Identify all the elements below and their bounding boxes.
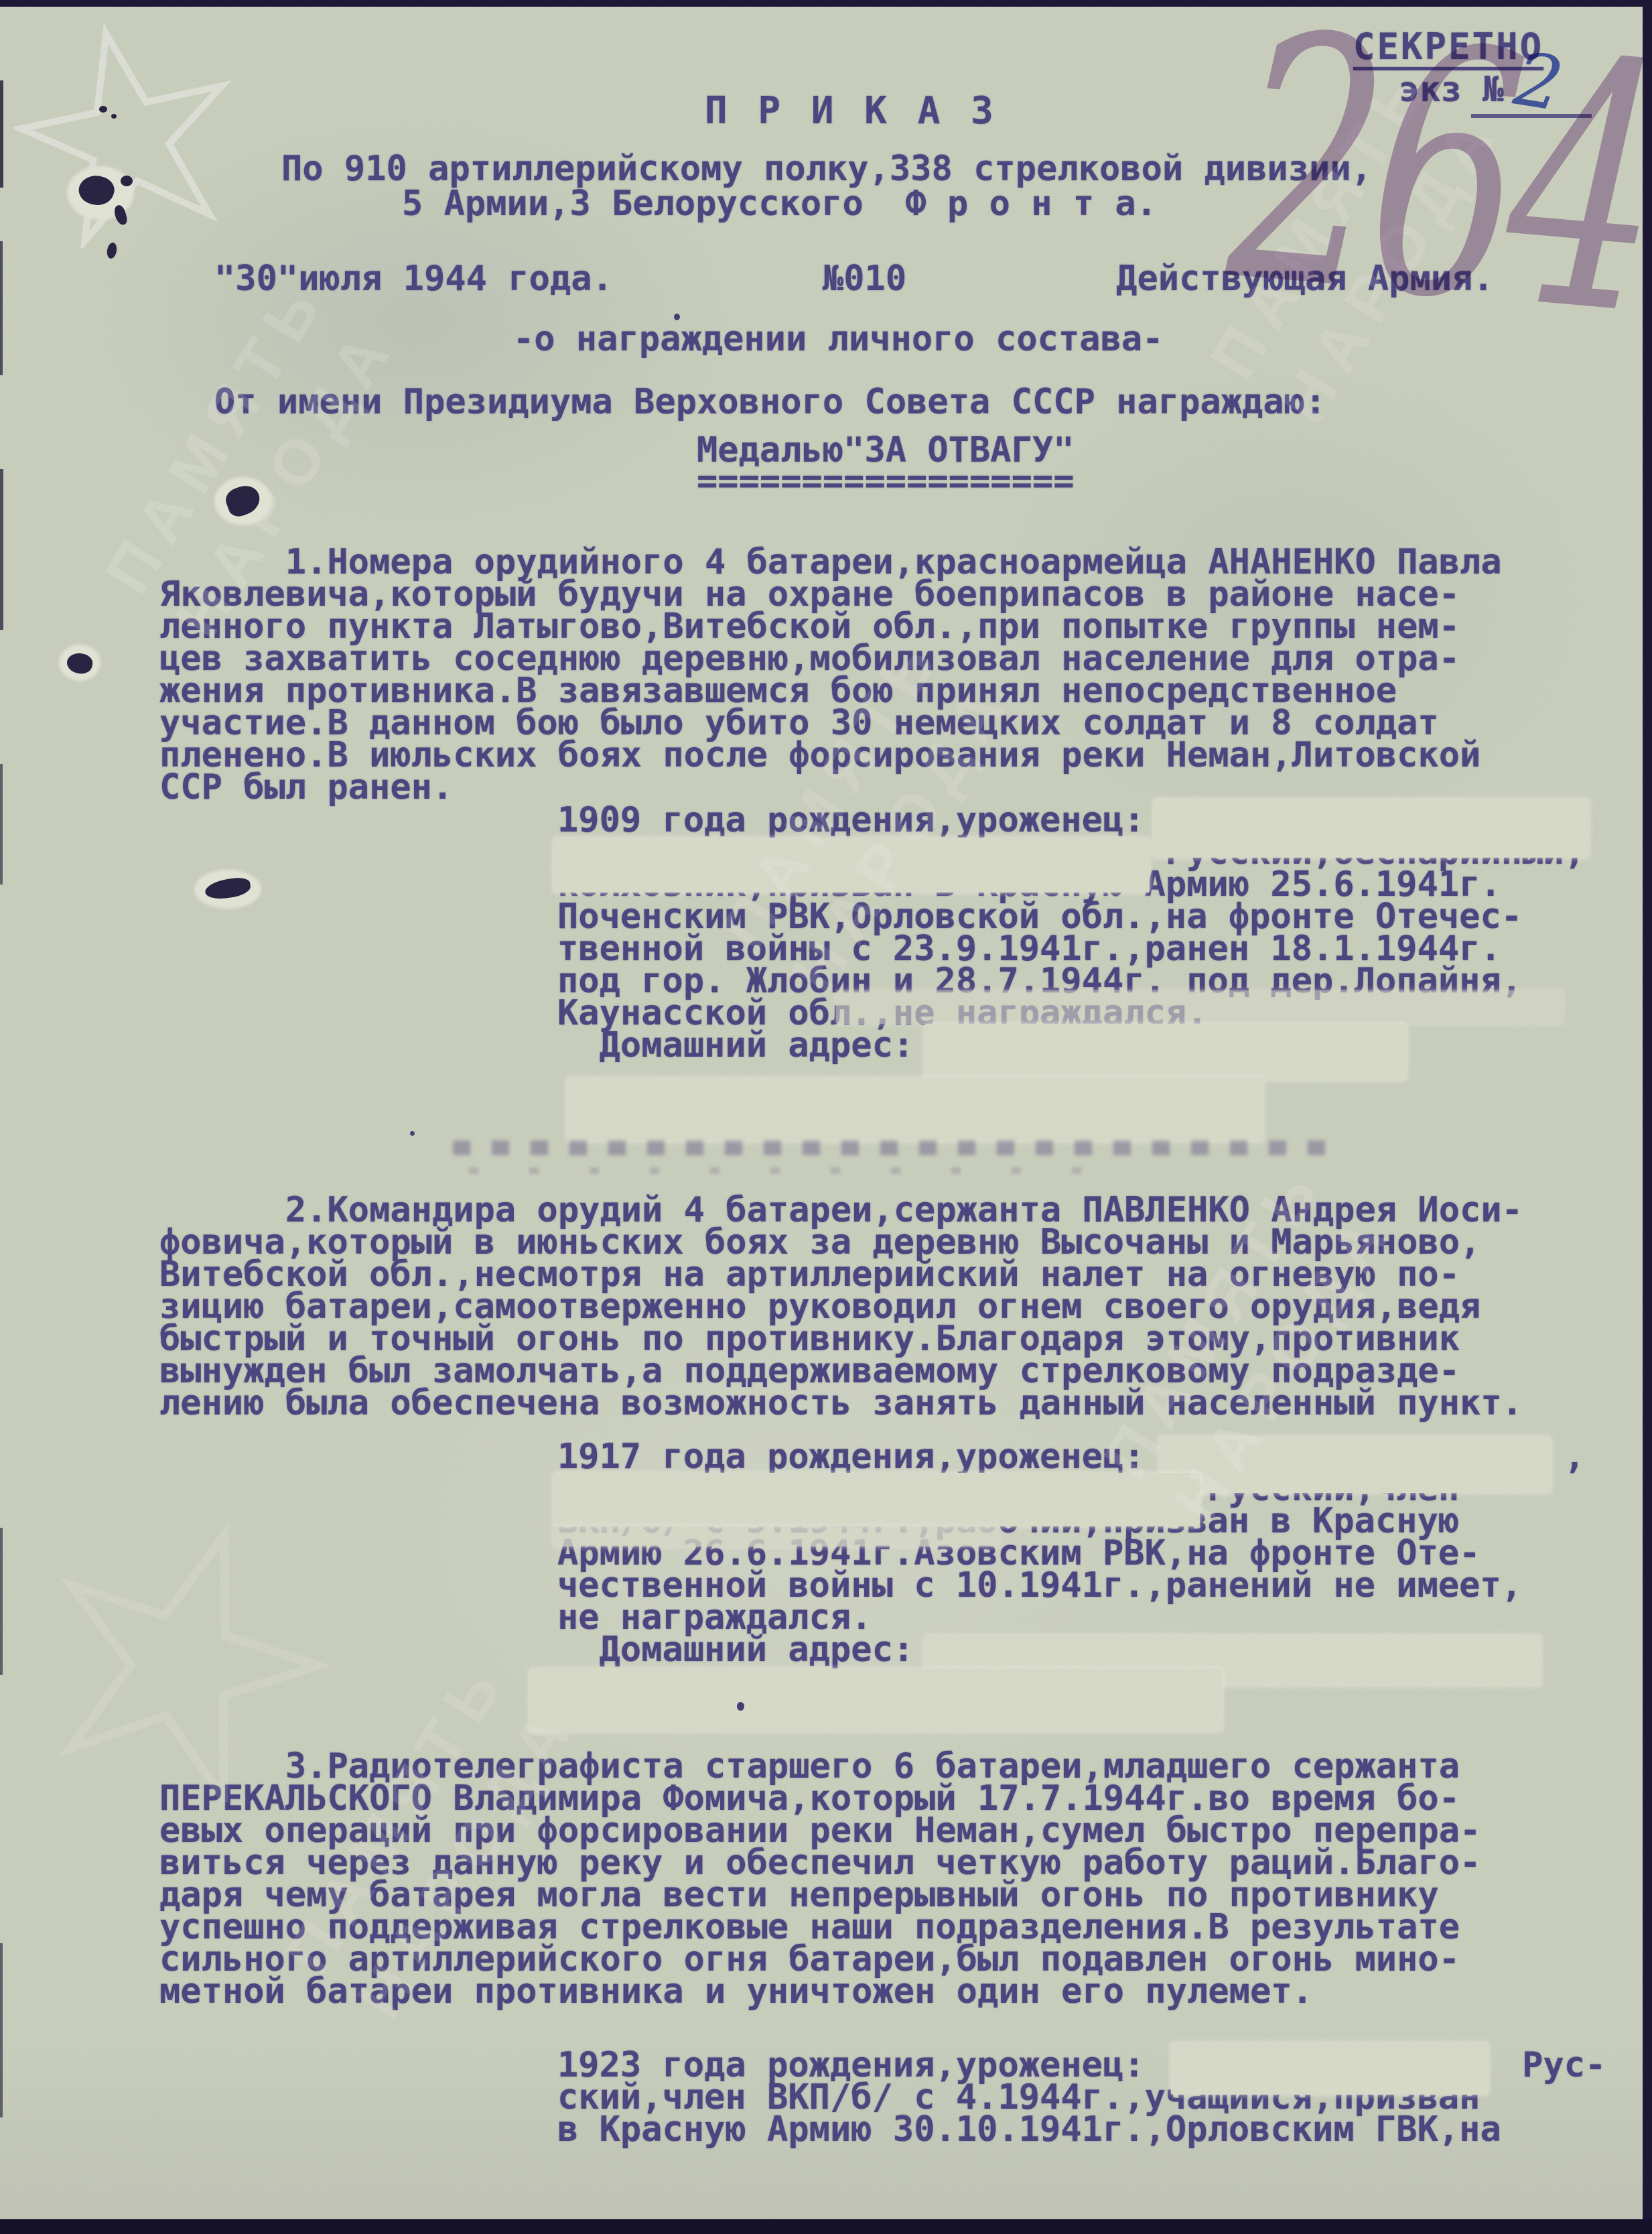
handwritten-page-number: 264 bbox=[1219, 0, 1652, 391]
ink-speck bbox=[410, 1131, 415, 1136]
document-page: ПАМЯТЬНАРОДА ПАМЯТЬНАРОДА ПАМЯТЬНАРОДА П… bbox=[0, 0, 1652, 2234]
watermark-star-icon bbox=[40, 1514, 328, 1802]
redaction-patch bbox=[553, 1473, 1200, 1526]
unit-line-1: По 910 артиллерийскому полку,338 стрелко… bbox=[281, 153, 1372, 185]
redaction-patch bbox=[567, 1077, 1263, 1142]
scan-edge-left bbox=[0, 80, 3, 188]
redaction-patch bbox=[553, 1526, 999, 1547]
scan-edge-right bbox=[1643, 0, 1652, 2234]
smudged-text-remnant bbox=[469, 1167, 1105, 1174]
scan-edge-top bbox=[0, 0, 1652, 7]
paper-hole bbox=[99, 106, 107, 113]
watermark-star-icon bbox=[13, 20, 241, 248]
redaction-patch bbox=[836, 990, 1563, 1024]
redaction-patch bbox=[1154, 799, 1589, 858]
redaction-patch bbox=[1171, 2042, 1489, 2095]
scan-edge-left bbox=[0, 241, 3, 375]
smudged-text-remnant bbox=[453, 1140, 1330, 1155]
scan-edge-left bbox=[0, 1528, 3, 1675]
ink-speck bbox=[737, 1702, 744, 1711]
scan-edge-left bbox=[0, 764, 3, 884]
scan-edge-left bbox=[0, 1943, 3, 2117]
scan-edge-left bbox=[0, 469, 3, 630]
order-title: П Р И К А З bbox=[705, 95, 997, 127]
unit-line-2: 5 Армии,3 Белорусского Ф р о н т а. bbox=[402, 188, 1157, 220]
scan-edge-bottom bbox=[0, 2219, 1652, 2234]
paper-hole bbox=[121, 176, 133, 186]
order-subject: -о награждении личного состава- bbox=[513, 323, 1164, 355]
redaction-patch bbox=[529, 1668, 1223, 1731]
redaction-patch bbox=[924, 1024, 1407, 1080]
paper-hole bbox=[111, 114, 117, 119]
ink-speck bbox=[674, 314, 680, 320]
medal-underline: ================== bbox=[697, 465, 1075, 497]
